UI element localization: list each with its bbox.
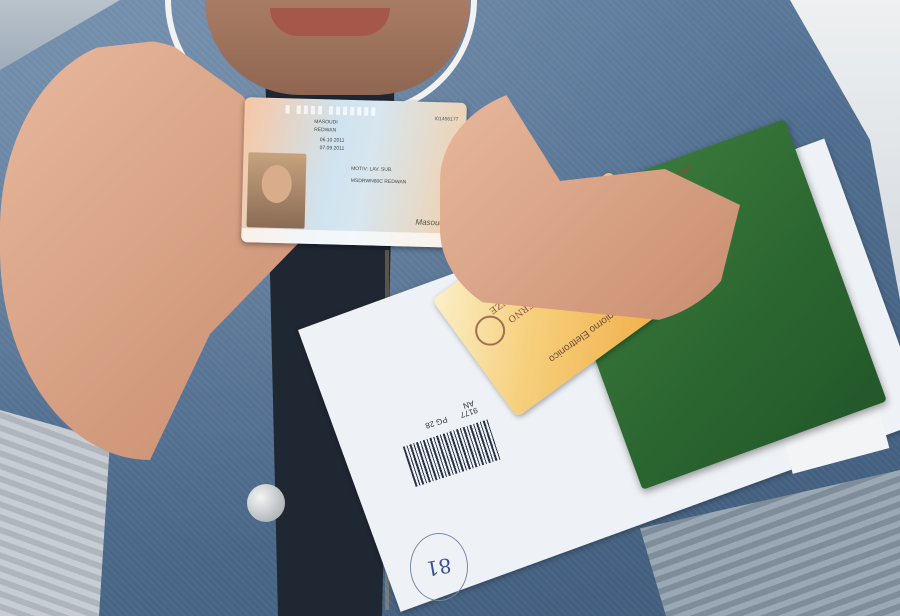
card-code-line: MSDRWN80C REDWAN	[351, 178, 407, 185]
photo-scene: PG 28 9177 AN 81 ▮ ▮▮▮▮ ▮▮▮▮▮▮▮ I0145617…	[0, 0, 900, 616]
card-given-name: REDWAN	[314, 127, 336, 134]
card-photo	[247, 152, 307, 228]
card-issue-date: 06.10.2011	[320, 137, 345, 144]
card-surname: MASOUDI	[314, 119, 337, 126]
italian-emblem-icon	[475, 316, 505, 346]
card-header-watermark: ▮ ▮▮▮▮ ▮▮▮▮▮▮▮	[284, 102, 377, 117]
card-number: I01456177	[435, 116, 459, 123]
jacket-button	[247, 484, 285, 522]
residence-permit-card: ▮ ▮▮▮▮ ▮▮▮▮▮▮▮ I01456177 MASOUDI REDWAN …	[241, 97, 467, 248]
handwritten-number: 81	[424, 553, 453, 581]
card-expiry-date: 07.09.2011	[320, 145, 345, 152]
card-reason: MOTIV: LAV. SUB.	[351, 166, 393, 173]
